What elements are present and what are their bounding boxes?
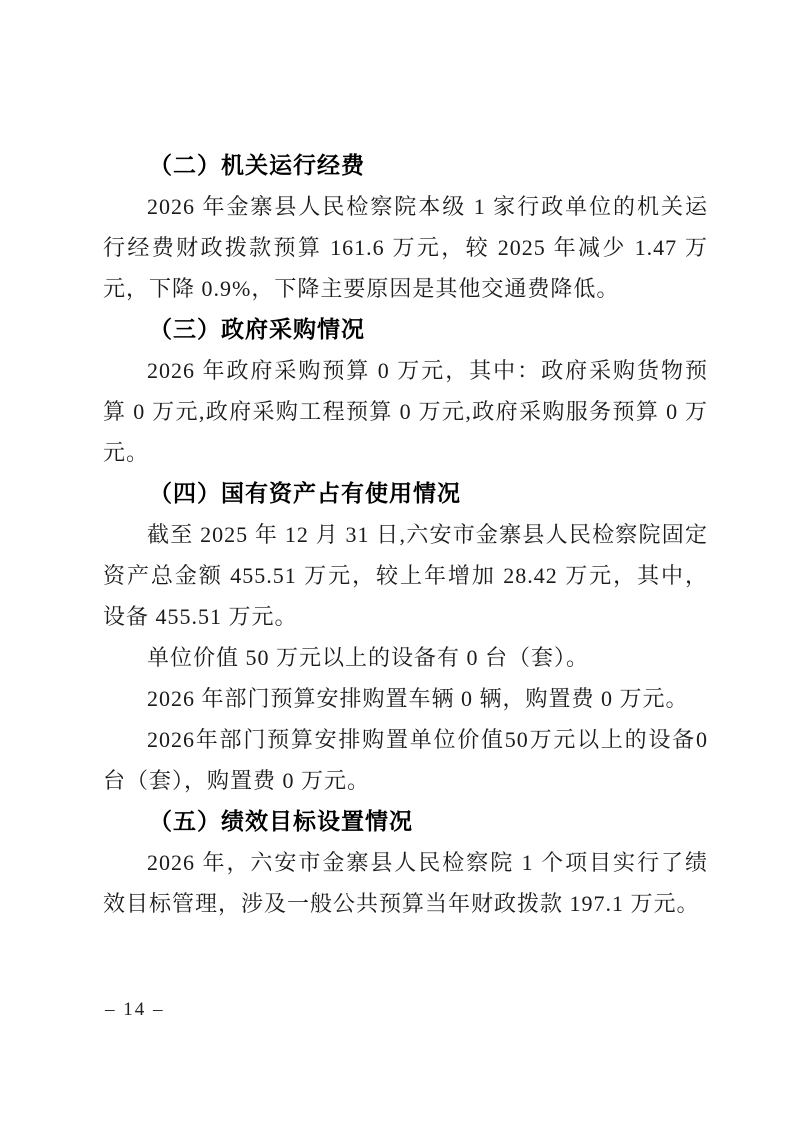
document-page: （二）机关运行经费 2026 年金寨县人民检察院本级 1 家行政单位的机关运行经… bbox=[0, 0, 793, 1122]
page-content: （二）机关运行经费 2026 年金寨县人民检察院本级 1 家行政单位的机关运行经… bbox=[103, 145, 708, 924]
section-heading-government-procurement: （三）政府采购情况 bbox=[103, 309, 708, 350]
paragraph-equipment-purchase: 2026年部门预算安排购置单位价值50万元以上的设备0台（套），购置费 0 万元… bbox=[103, 719, 708, 801]
page-number: – 14 – bbox=[105, 999, 165, 1021]
paragraph-performance-targets: 2026 年，六安市金寨县人民检察院 1 个项目实行了绩效目标管理，涉及一般公共… bbox=[103, 842, 708, 924]
paragraph-state-assets-total: 截至 2025 年 12 月 31 日,六安市金寨县人民检察院固定资产总金额 4… bbox=[103, 514, 708, 637]
paragraph-vehicle-purchase: 2026 年部门预算安排购置车辆 0 辆，购置费 0 万元。 bbox=[103, 678, 708, 719]
paragraph-equipment-over-50w: 单位价值 50 万元以上的设备有 0 台（套）。 bbox=[103, 637, 708, 678]
section-heading-agency-operating-funds: （二）机关运行经费 bbox=[103, 145, 708, 186]
section-heading-state-assets: （四）国有资产占有使用情况 bbox=[103, 473, 708, 514]
section-heading-performance-targets: （五）绩效目标设置情况 bbox=[103, 801, 708, 842]
paragraph-agency-operating-funds: 2026 年金寨县人民检察院本级 1 家行政单位的机关运行经费财政拨款预算 16… bbox=[103, 186, 708, 309]
paragraph-government-procurement: 2026 年政府采购预算 0 万元，其中：政府采购货物预算 0 万元,政府采购工… bbox=[103, 350, 708, 473]
